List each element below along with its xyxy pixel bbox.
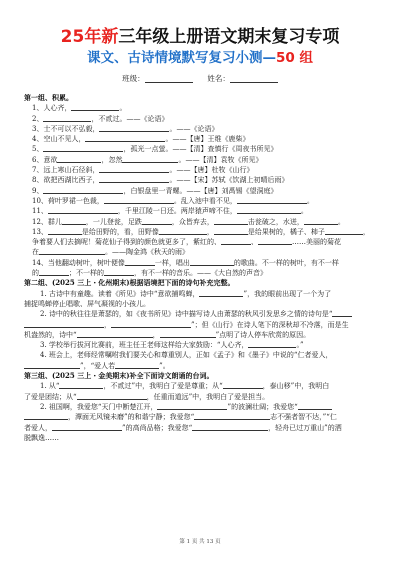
page-title: 25年新三年级上册语文期末复习专项 <box>0 27 400 47</box>
answer-blank[interactable] <box>214 227 248 235</box>
answer-blank[interactable] <box>325 227 363 235</box>
question-item: 6、意欲，忽然。——【清】袁牧《所见》 <box>24 155 380 165</box>
question-item-continued: ”，“爱人若”。 <box>24 361 380 371</box>
class-label: 班级： <box>122 74 145 83</box>
worksheet-content: 第一组、积累。 1、人心齐，。 2、，不贰过。——《论语》 3、士不可以不弘毅，… <box>24 93 380 443</box>
question-item: 12、群儿，一儿登瓮，足跌，众皆弃去，击瓮破之，水迸，。 <box>24 217 380 227</box>
answer-blank[interactable] <box>194 412 270 420</box>
subtitle-main: 课文、古诗情境默写复习小测— <box>87 50 276 66</box>
answer-blank[interactable] <box>43 144 123 152</box>
question-item: 1、人心齐，。 <box>24 103 380 113</box>
question-item: 1. 古诗中有童趣。读着《所见》诗中“意欲捕鸣蝉，”，我的眼前出现了一个为了 <box>24 289 380 299</box>
answer-blank[interactable] <box>221 237 251 245</box>
answer-blank[interactable] <box>48 227 82 235</box>
answer-blank[interactable] <box>142 217 172 225</box>
question-item-continued: 在。——陶金鸿《秋天的雨》 <box>24 247 380 257</box>
section-heading-3: 第三组、(2025 三上・金美期末)补全下面诗文朗诵的台词。 <box>24 371 380 381</box>
title-main: 三年级上册语文期末复习专项 <box>118 27 339 47</box>
answer-blank[interactable] <box>24 412 68 420</box>
answer-blank[interactable] <box>43 114 91 122</box>
question-item: 8、欲把西湖比西子，。——【宋】苏轼《饮湖上初晴后雨》 <box>24 175 380 185</box>
question-item-continued: 捕捉鸣蝉停止唱歌、屏气凝视的小孩儿。 <box>24 299 380 309</box>
name-field[interactable] <box>230 74 278 83</box>
answer-blank[interactable] <box>157 402 227 410</box>
answer-blank[interactable] <box>39 247 105 255</box>
question-item: 2. 诗中的秋往往是萧瑟的，如《夜书所见》诗中描写诗人由萧瑟的秋风引发思乡之情的… <box>24 309 380 319</box>
answer-blank[interactable] <box>199 289 243 297</box>
question-item-continued: 者爱人，”的高尚品格；我爱您“，轻舟已过万重山”的洒 <box>24 423 380 433</box>
question-item: 4. 班会上，老师经常嘱咐我们要关心和尊重别人，正如《孟子》和《墨子》中说的“仁… <box>24 350 380 360</box>
question-item: 10、荷叶罗裙一色裁，。乱入池中看不见，。 <box>24 196 380 206</box>
question-item-continued: ，潭面无风镜未磨”的和谐宁静；我爱您“志不强者智不达，”“仁 <box>24 412 380 422</box>
answer-blank[interactable] <box>192 423 268 431</box>
question-item-continued: 了爱是团结；从“，任重而道远”中，我明白了爱是担当。 <box>24 392 380 402</box>
answer-blank[interactable] <box>237 196 307 204</box>
question-item: 1. 从“，不贰过”中，我明白了爱是尊重；从“，泰山移”中，我明白 <box>24 381 380 391</box>
page-number: 第 1 页 共 13 页 <box>0 537 400 545</box>
answer-blank[interactable] <box>237 206 301 214</box>
answer-blank[interactable] <box>77 392 147 400</box>
question-item-continued: ，”；但《山行》在诗人笔下的深秋却不冷落，而是生 <box>24 320 380 330</box>
answer-blank[interactable] <box>52 423 122 431</box>
answer-blank[interactable] <box>99 165 169 173</box>
question-item: 2、，不贰过。——《论语》 <box>24 114 380 124</box>
question-item-continued: 的；不一样的，有不一样的音乐。——《大自然的声音》 <box>24 268 380 278</box>
answer-blank[interactable] <box>111 320 191 328</box>
answer-blank[interactable] <box>71 103 119 111</box>
name-label: 姓名： <box>207 74 230 83</box>
answer-blank[interactable] <box>223 381 263 389</box>
question-item-continued: 争着要人们去摘呢！菊花仙子得到的颜色就更多了，紫红的、、……美丽的菊花 <box>24 237 380 247</box>
answer-blank[interactable] <box>24 320 104 328</box>
question-item: 3、士不可以不弘毅，。——《论语》 <box>24 124 380 134</box>
answer-blank[interactable] <box>104 268 134 276</box>
answer-blank[interactable] <box>39 268 69 276</box>
answer-blank[interactable] <box>160 330 216 338</box>
answer-blank[interactable] <box>99 124 169 132</box>
answer-blank[interactable] <box>62 217 86 225</box>
question-item: 7、远上寒山石径斜，。——【唐】杜牧《山行》 <box>24 165 380 175</box>
answer-blank[interactable] <box>85 134 165 142</box>
answer-blank[interactable] <box>298 402 332 410</box>
answer-blank[interactable] <box>48 206 118 214</box>
page-subtitle: 课文、古诗情境默写复习小测—50 组 <box>0 50 400 66</box>
answer-blank[interactable] <box>99 175 169 183</box>
answer-blank[interactable] <box>304 217 338 225</box>
subtitle-count: 50 组 <box>276 50 313 66</box>
question-item-continued: 机盎然的，诗中“，”点明了诗人停车欣赏的原因。 <box>24 330 380 340</box>
title-year-tag: 25年新 <box>61 27 119 47</box>
section-heading-2: 第二组、(2025 三上・化州期末)根据语境把下面的诗句补充完整。 <box>24 278 380 288</box>
answer-blank[interactable] <box>332 309 352 317</box>
question-item: 4、空山不见人，。——【唐】王维《鹿柴》 <box>24 134 380 144</box>
question-item: 13、是给田野的，看，田野像，是给果树的，橘子、柿子， <box>24 227 380 237</box>
question-item: 9、，白银盘里一青螺。——【唐】刘禹锡《望洞庭》 <box>24 186 380 196</box>
answer-blank[interactable] <box>122 155 178 163</box>
answer-blank[interactable] <box>190 258 234 266</box>
answer-blank[interactable] <box>125 258 155 266</box>
answer-blank[interactable] <box>159 227 207 235</box>
section-heading-1: 第一组、积累。 <box>24 93 380 103</box>
question-item: 2. 祖国啊，我爱您“天门中断楚江开，”的波澜壮阔；我爱您“ <box>24 402 380 412</box>
answer-blank[interactable] <box>59 381 103 389</box>
answer-blank[interactable] <box>24 361 80 369</box>
question-item: 5、，孤光一点萤。——【清】查慎行《周夜书所见》 <box>24 144 380 154</box>
answer-blank[interactable] <box>57 155 101 163</box>
answer-blank[interactable] <box>115 361 159 369</box>
answer-blank[interactable] <box>43 186 123 194</box>
answer-blank[interactable] <box>248 340 296 348</box>
question-item: 11、，千里江陵一日还。两岸猿声啼不住，。 <box>24 206 380 216</box>
student-info-row: 班级： 姓名： <box>0 73 400 84</box>
answer-blank[interactable] <box>258 237 292 245</box>
answer-blank[interactable] <box>77 330 153 338</box>
question-item: 14、当他翻动树叶，树叶便像一样，唱出的歌曲。不一样的树叶，有不一样 <box>24 258 380 268</box>
question-item: 3. 学校举行拔河比赛前，班主任王老师这样给大家鼓励：“人心齐，。” <box>24 340 380 350</box>
answer-blank[interactable] <box>214 217 248 225</box>
class-field[interactable] <box>145 74 193 83</box>
question-item-continued: 脱飘逸…… <box>24 433 380 443</box>
answer-blank[interactable] <box>104 196 174 204</box>
